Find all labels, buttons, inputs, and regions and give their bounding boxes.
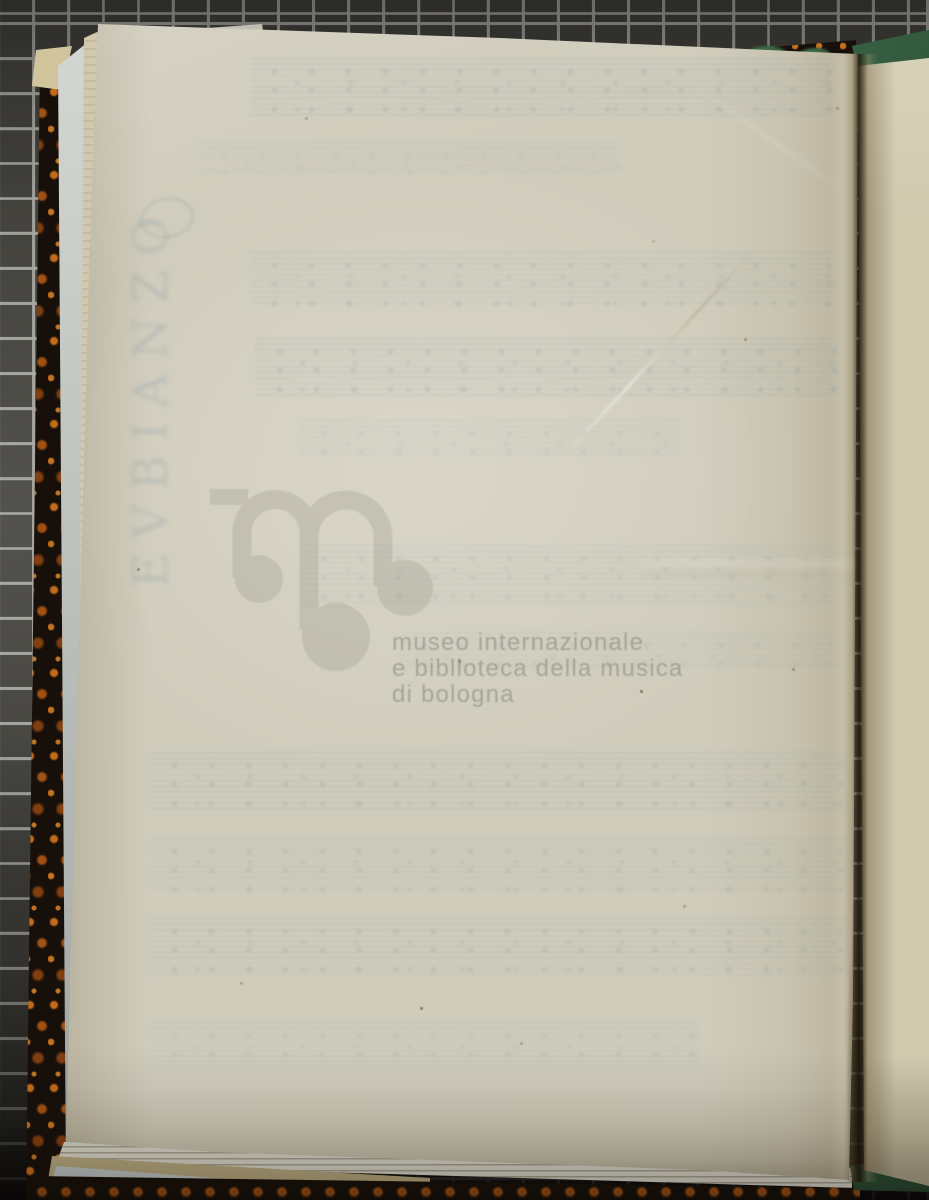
- foxing-specks: [0, 0, 3, 3]
- archival-photo: EVBIANZO museo internazionale e bibliote…: [0, 0, 929, 1200]
- book-gutter: [0, 54, 929, 1182]
